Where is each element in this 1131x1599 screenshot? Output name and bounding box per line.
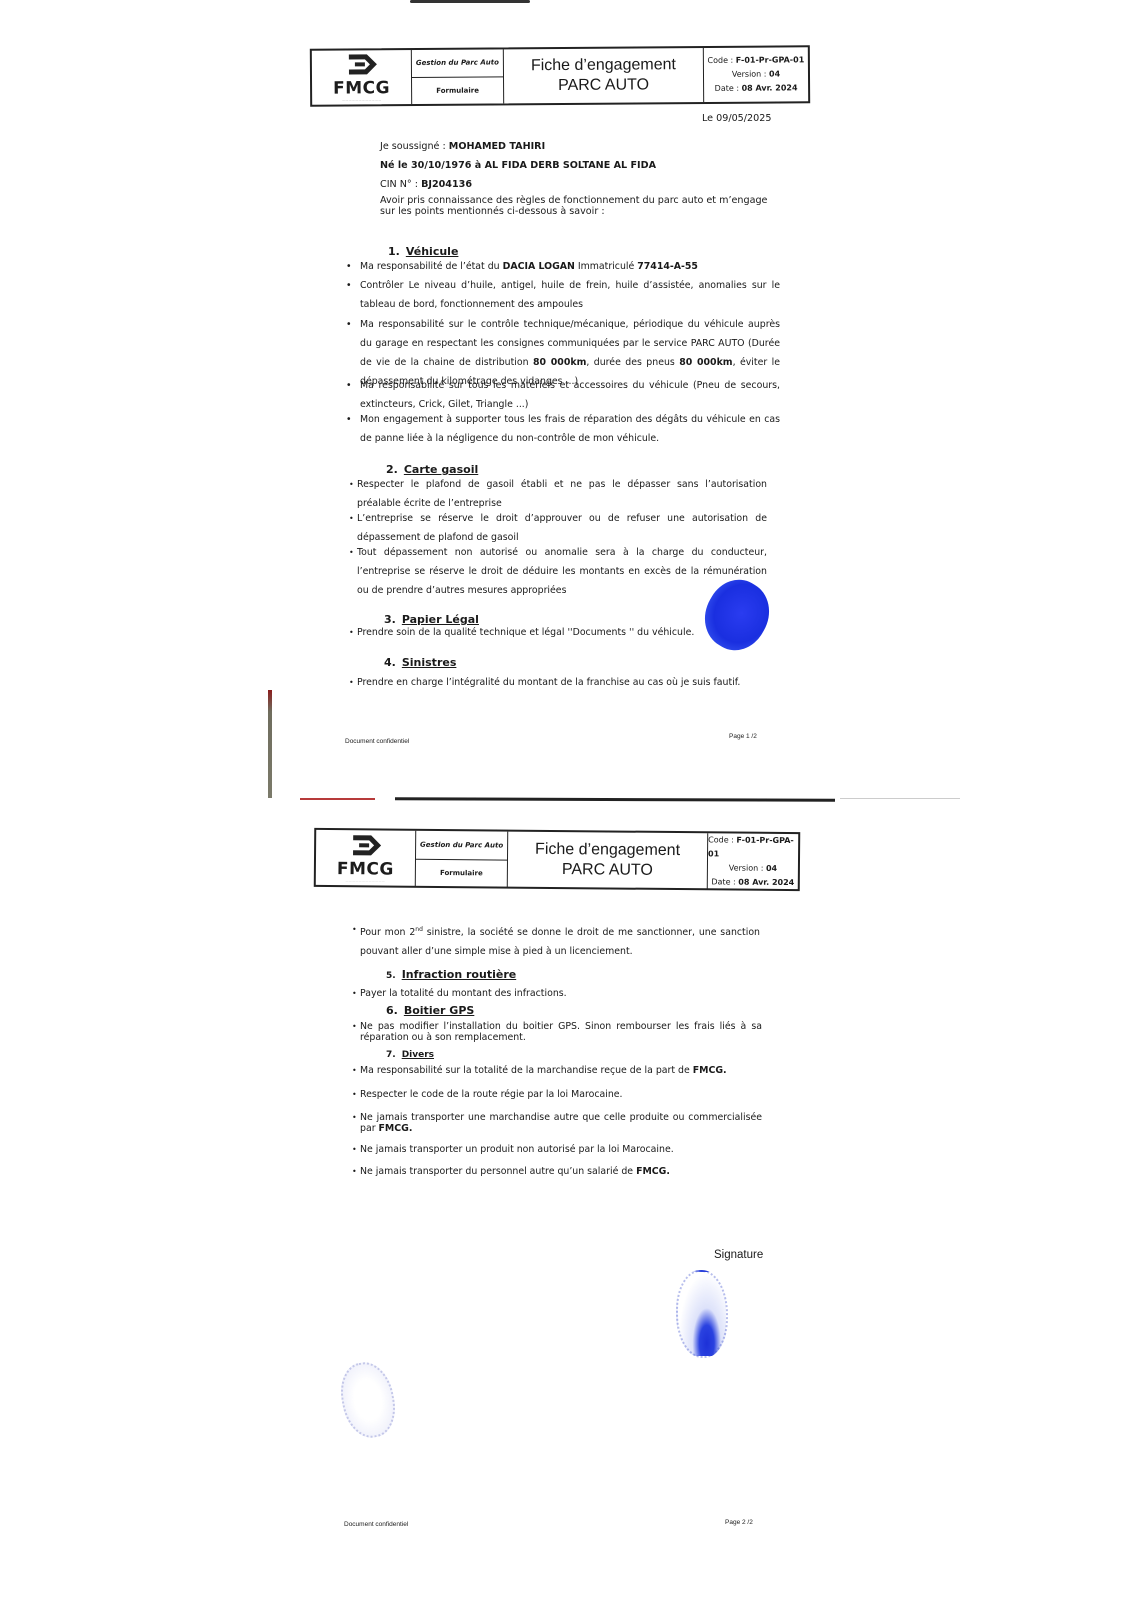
- document-title: Fiche d’engagement PARC AUTO: [508, 832, 708, 890]
- title-line-2: PARC AUTO: [562, 860, 653, 881]
- department-label: Gestion du Parc Auto: [416, 831, 507, 860]
- section-title-boitier-gps: 6.Boitier GPS: [386, 1004, 474, 1017]
- bullet-icon: •: [352, 1144, 357, 1155]
- title-line-2: PARC AUTO: [558, 75, 649, 96]
- company-name: FMCG: [333, 78, 390, 98]
- page-1: FMCG ———————————— Gestion du Parc Auto F…: [0, 0, 1131, 800]
- bullet-icon: •: [346, 376, 352, 395]
- bullet-icon: •: [349, 623, 354, 642]
- list-item: •Ma responsabilité de l’état du DACIA LO…: [360, 257, 780, 276]
- footer-confidential: Document confidentiel: [345, 738, 409, 745]
- section-title-divers: 7.Divers: [386, 1050, 434, 1060]
- company-name: FMCG: [337, 859, 394, 879]
- bullet-icon: •: [352, 1089, 357, 1100]
- page-2: FMCG ———————————— Gestion du Parc Auto F…: [0, 800, 1131, 1599]
- bullet-icon: •: [346, 410, 352, 429]
- fmcg-arrow-logo-icon: [344, 52, 378, 76]
- doc-type-label: Formulaire: [412, 77, 503, 104]
- bullet-icon: •: [352, 1021, 357, 1032]
- bullet-icon: •: [349, 509, 354, 528]
- document-header: FMCG ———————————— Gestion du Parc Auto F…: [310, 45, 810, 106]
- section-title-infraction-routiere: 5.Infraction routière: [386, 968, 516, 981]
- section-title-sinistres: 4.Sinistres: [384, 656, 456, 669]
- date-row: Date : 08 Avr. 2024: [715, 81, 798, 96]
- list-item: •Ma responsabilité sur la totalité de la…: [360, 1065, 770, 1076]
- declarant-birth: Né le 30/10/1976 à AL FIDA DERB SOLTANE …: [380, 156, 656, 175]
- list-item: •L’entreprise se réserve le droit d’appr…: [357, 509, 767, 547]
- list-item: •Ne jamais transporter un produit non au…: [360, 1144, 770, 1155]
- document-title: Fiche d’engagement PARC AUTO: [504, 48, 704, 103]
- code-row: Code : F-01-Pr-GPA-01: [708, 833, 798, 862]
- version-row: Version : 04: [729, 861, 777, 875]
- list-item: •Ne pas modifier l’installation du boiti…: [360, 1021, 762, 1043]
- company-logo: FMCG ————————————: [316, 830, 416, 887]
- department-label: Gestion du Parc Auto: [412, 49, 503, 77]
- title-line-1: Fiche d’engagement: [531, 55, 676, 76]
- version-row: Version : 04: [732, 67, 780, 81]
- list-item: •Tout dépassement non autorisé ou anomal…: [357, 543, 767, 600]
- list-item: •Contrôler Le niveau d’huile, antigel, h…: [360, 276, 780, 314]
- footer-page-number: Page 1 /2: [729, 733, 757, 740]
- code-row: Code : F-01-Pr-GPA-01: [707, 53, 804, 68]
- footer-confidential: Document confidentiel: [344, 1521, 408, 1528]
- bullet-icon: •: [349, 475, 354, 494]
- document-meta: Code : F-01-Pr-GPA-01 Version : 04 Date …: [708, 833, 798, 890]
- doc-type-label: Formulaire: [416, 859, 507, 887]
- list-item: •Mon engagement à supporter tous les fra…: [360, 410, 780, 448]
- list-item: •Ne jamais transporter du personnel autr…: [360, 1166, 770, 1177]
- footer-page-number: Page 2 /2: [725, 1519, 753, 1526]
- title-line-1: Fiche d’engagement: [535, 840, 680, 861]
- document-header: FMCG ———————————— Gestion du Parc Auto F…: [314, 828, 800, 891]
- list-item: •Prendre en charge l’intégralité du mont…: [357, 673, 767, 692]
- document-meta: Code : F-01-Pr-GPA-01 Version : 04 Date …: [704, 47, 808, 102]
- bullet-icon: •: [352, 988, 357, 999]
- date-row: Date : 08 Avr. 2024: [711, 875, 794, 890]
- fingerprint-stamp: [336, 1358, 400, 1442]
- date-line: Le 09/05/2025: [702, 109, 771, 128]
- bullet-icon: •: [349, 673, 354, 692]
- declarant-name: Je soussigné : MOHAMED TAHIRI: [380, 137, 545, 156]
- logo-tagline: ————————————: [342, 98, 382, 102]
- logo-tagline: ————————————: [345, 879, 385, 883]
- fmcg-arrow-logo-icon: [349, 833, 383, 857]
- company-logo: FMCG ————————————: [312, 50, 412, 105]
- list-item: •Payer la totalité du montant des infrac…: [360, 988, 770, 999]
- list-item: •Ma responsabilité sur tous les matériel…: [360, 376, 780, 414]
- bullet-icon: •: [349, 543, 354, 562]
- list-item: •Respecter le code de la route régie par…: [360, 1089, 770, 1100]
- declarant-cin: CIN N° : BJ204136: [380, 175, 472, 194]
- list-item: •Ne jamais transporter une marchandise a…: [360, 1112, 762, 1134]
- fingerprint-stamp: [676, 1270, 728, 1358]
- list-item: •Respecter le plafond de gasoil établi e…: [357, 475, 767, 513]
- signature-label: Signature: [714, 1249, 763, 1261]
- list-item: •Pour mon 2nd sinistre, la société se do…: [360, 920, 760, 961]
- declarant-intro: Avoir pris connaissance des règles de fo…: [380, 195, 775, 217]
